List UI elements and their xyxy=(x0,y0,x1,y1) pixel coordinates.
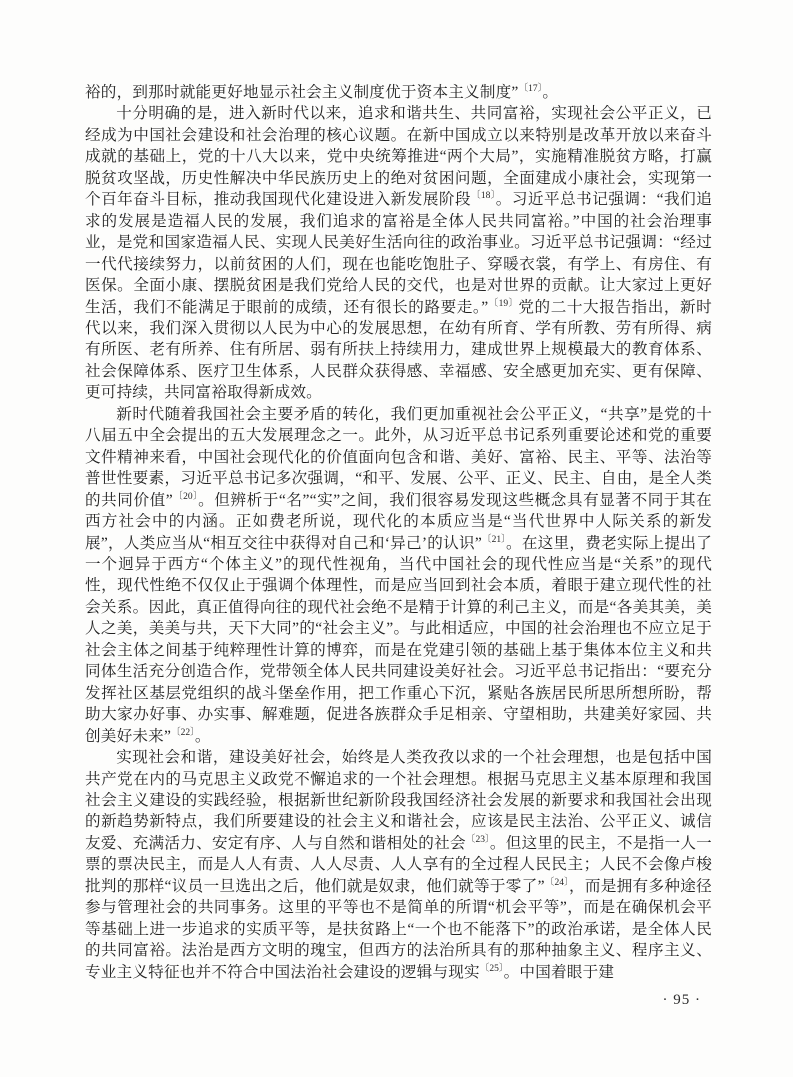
citation-marker: 〔23〕 xyxy=(466,835,490,845)
paragraph: 十分明确的是，进入新时代以来，追求和谐共生、共同富裕，实现社会公平正义，已经成为… xyxy=(85,103,712,403)
document-page: 裕的，到那时就能更好地显示社会主义制度优于资本主义制度”〔17〕。十分明确的是，… xyxy=(0,0,793,1077)
text-block: 裕的，到那时就能更好地显示社会主义制度优于资本主义制度”〔17〕。十分明确的是，… xyxy=(85,82,712,983)
citation-marker: 〔21〕 xyxy=(482,534,506,544)
citation-marker: 〔24〕 xyxy=(545,878,569,888)
paragraph: 新时代随着我国社会主要矛盾的转化，我们更加重视社会公平正义，“共享”是党的十八届… xyxy=(85,404,712,747)
citation-marker: 〔22〕 xyxy=(171,727,195,737)
citation-marker: 〔18〕 xyxy=(471,191,496,201)
citation-marker: 〔25〕 xyxy=(480,963,504,973)
citation-marker: 〔19〕 xyxy=(488,298,518,308)
citation-marker: 〔20〕 xyxy=(173,491,198,501)
paragraph: 裕的，到那时就能更好地显示社会主义制度优于资本主义制度”〔17〕。 xyxy=(85,82,712,103)
page-number: · 95 · xyxy=(663,992,702,1009)
paragraph: 实现社会和谐，建设美好社会，始终是人类孜孜以求的一个社会理想，也是包括中国共产党… xyxy=(85,747,712,983)
citation-marker: 〔17〕 xyxy=(519,84,543,94)
